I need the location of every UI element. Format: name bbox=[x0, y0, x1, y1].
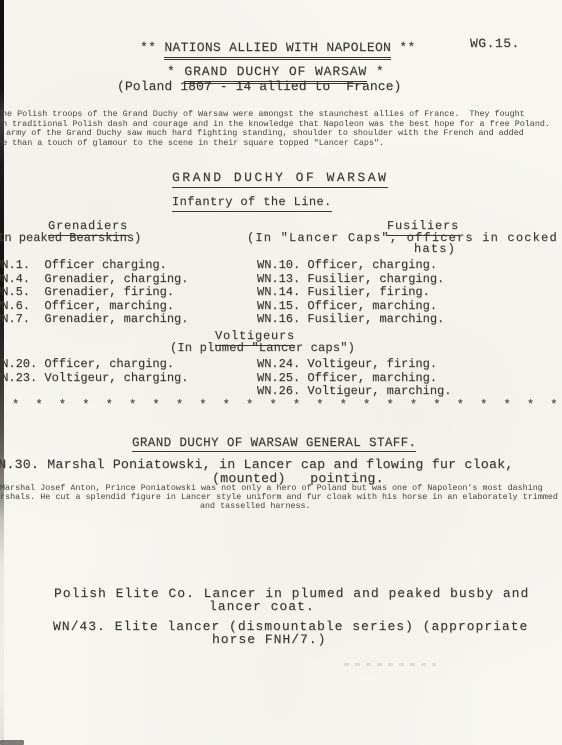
main-title-suffix: ** bbox=[391, 40, 415, 55]
catalog-item: WN.5. Grenadier, firing. bbox=[0, 286, 174, 300]
catalog-item: WN.1. Officer charging. bbox=[0, 259, 167, 273]
general-staff-heading-text: GRAND DUCHY OF WARSAW GENERAL STAFF. bbox=[132, 436, 416, 452]
catalog-item: WN.24. Voltigeur, firing. bbox=[257, 358, 437, 372]
catalog-item: WN.7. Grenadier, marching. bbox=[0, 313, 188, 327]
grenadiers-note: (In peaked Bearskins) bbox=[0, 232, 141, 246]
section-title-text: GRAND DUCHY OF WARSAW bbox=[172, 171, 388, 188]
bleedthrough-mark bbox=[344, 663, 436, 666]
catalog-item: WN.26. Voltigeur, marching. bbox=[257, 385, 451, 399]
voltigeurs-note: (In plumed "Lancer caps") bbox=[170, 342, 355, 356]
fusiliers-note: hats) bbox=[414, 243, 456, 257]
staff-note-line: and tasselled harness. bbox=[200, 502, 311, 512]
general-staff-heading: GRAND DUCHY OF WARSAW GENERAL STAFF. bbox=[132, 436, 416, 452]
fusiliers-note: (In "Lancer Caps", officers in cocked bbox=[247, 232, 558, 246]
section-subtitle-text: Infantry of the Line. bbox=[172, 196, 332, 212]
catalog-item: WN.23. Voltigeur, charging. bbox=[0, 372, 188, 386]
catalog-item: horse FNH/7.) bbox=[212, 633, 326, 648]
catalog-item: WN.16. Fusilier, marching. bbox=[257, 313, 444, 327]
subtitle-suffix: * bbox=[367, 64, 384, 79]
catalog-item: WN.10. Officer, charging. bbox=[257, 259, 437, 273]
corner-smudge-artifact bbox=[0, 740, 24, 745]
scanned-typewritten-page: WG.15. ** NATIONS ALLIED WITH NAPOLEON *… bbox=[0, 0, 562, 745]
elite-description: lancer coat. bbox=[209, 600, 315, 615]
main-title-prefix: ** bbox=[140, 40, 164, 55]
main-title-text: NATIONS ALLIED WITH NAPOLEON bbox=[164, 41, 391, 60]
page-code: WG.15. bbox=[470, 37, 520, 52]
catalog-item: WN.20. Officer, charging. bbox=[0, 358, 174, 372]
tagline: (Poland 1807 - 14 allied to France) bbox=[117, 80, 401, 95]
catalog-item: WN.30. Marshal Poniatowski, in Lancer ca… bbox=[0, 457, 513, 472]
section-title: GRAND DUCHY OF WARSAW bbox=[172, 171, 388, 188]
subtitle-prefix: * bbox=[167, 64, 184, 79]
asterisk-separator: * * * * * * * * * * * * * * * * * * * * … bbox=[12, 399, 558, 413]
section-subtitle: Infantry of the Line. bbox=[172, 196, 332, 212]
main-title: ** NATIONS ALLIED WITH NAPOLEON ** bbox=[140, 41, 415, 60]
catalog-item: WN.14. Fusilier, firing. bbox=[257, 286, 430, 300]
intro-line: more than a touch of glamour to the scen… bbox=[0, 139, 384, 149]
